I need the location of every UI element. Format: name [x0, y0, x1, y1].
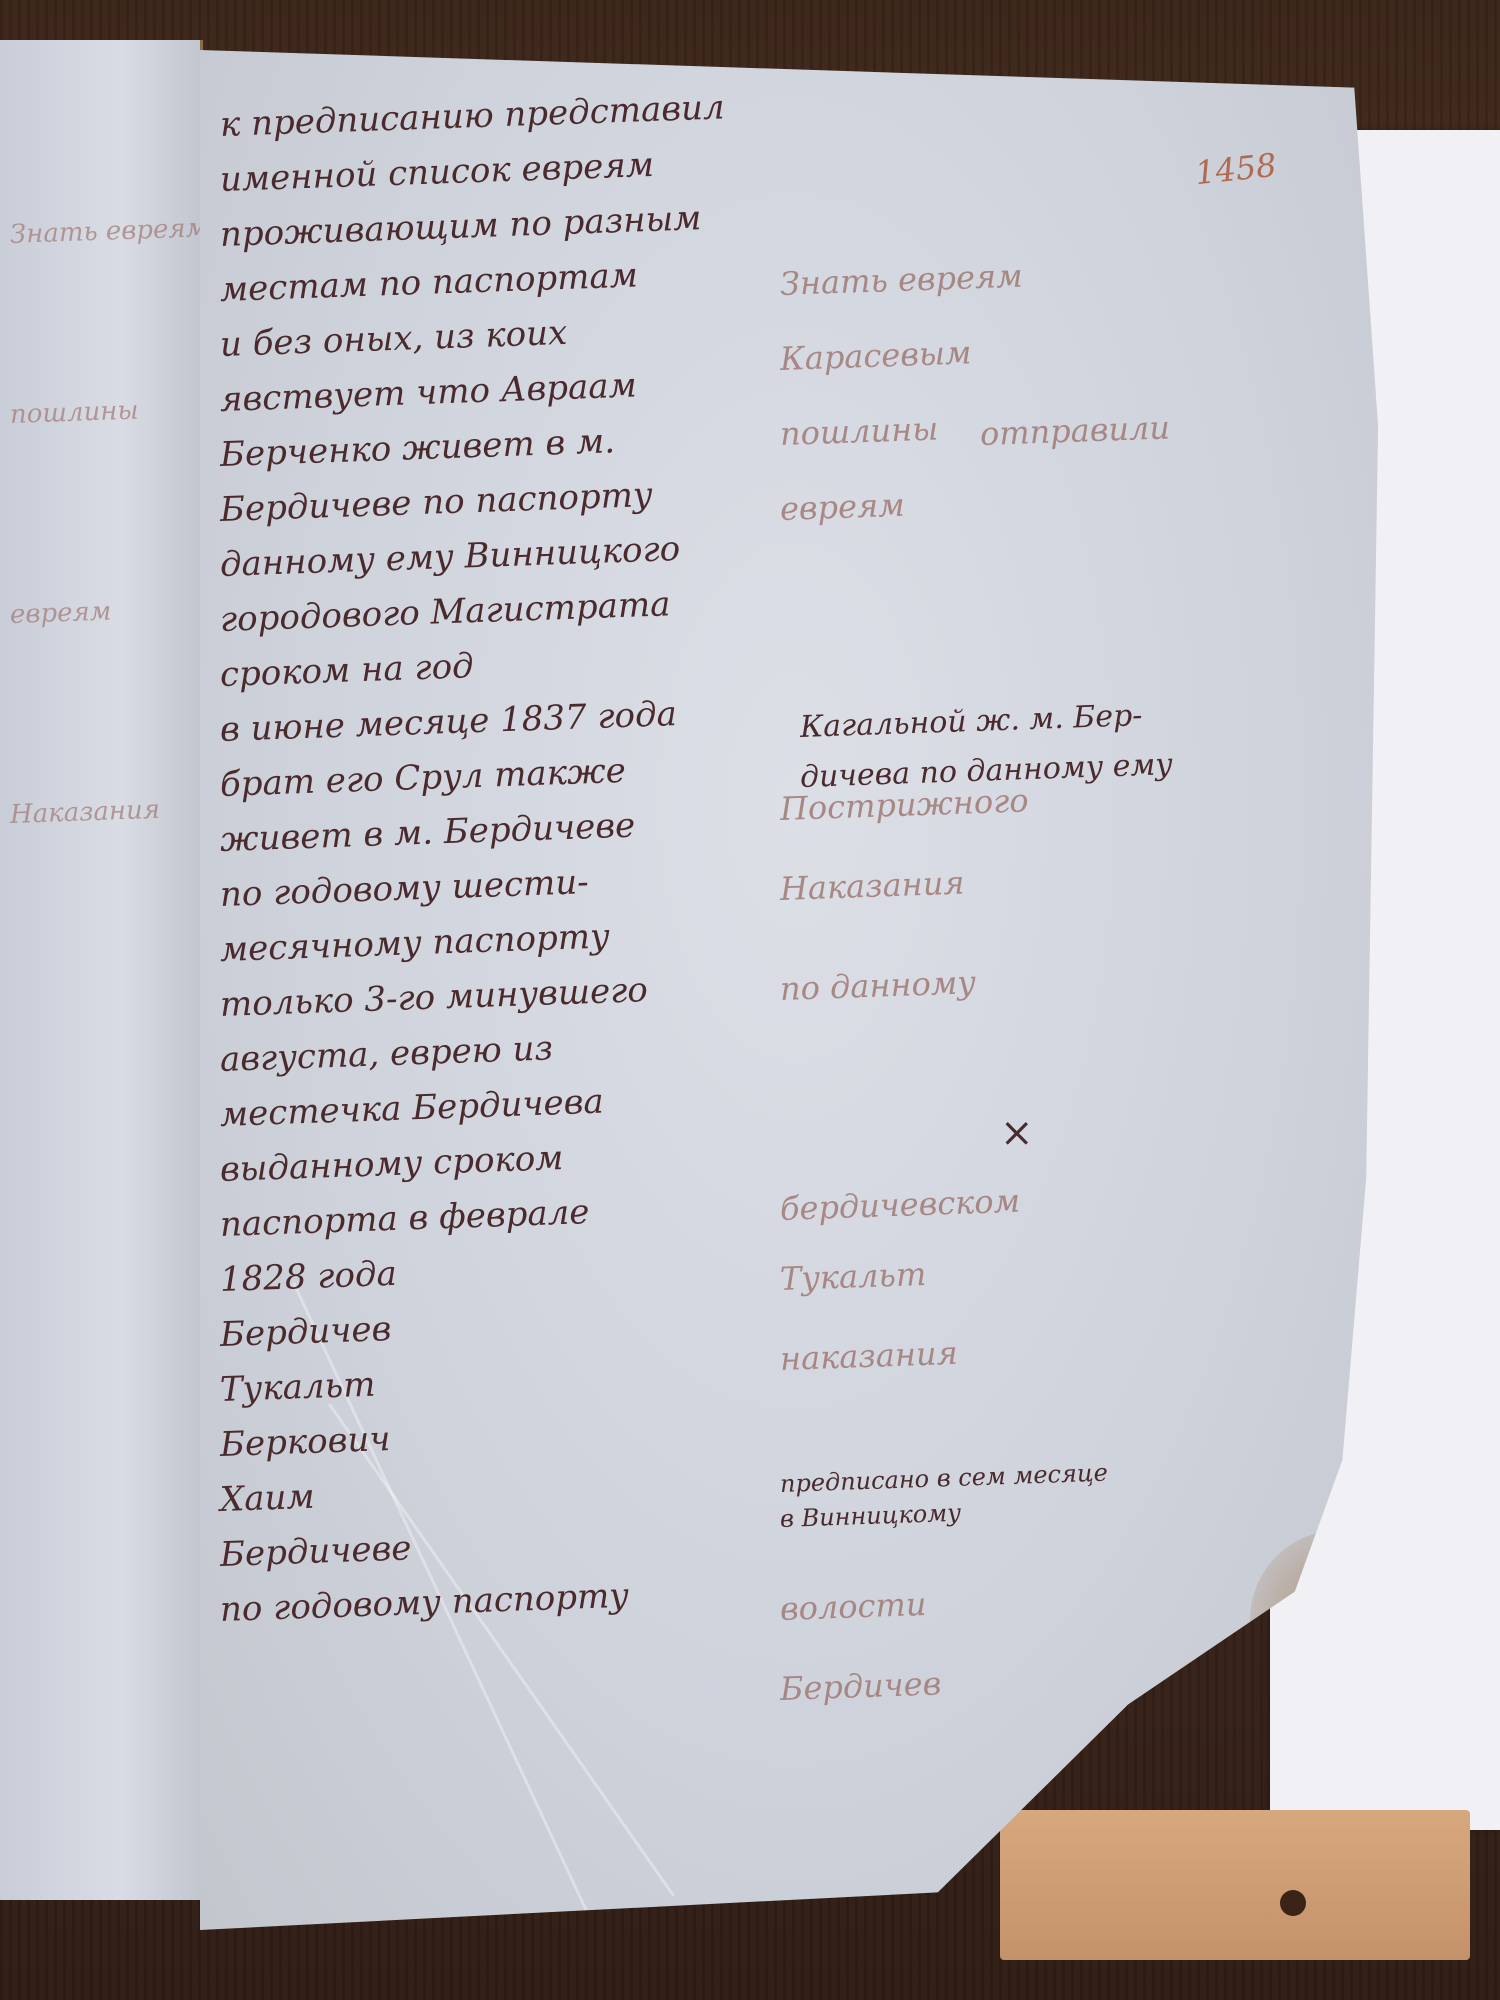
wood-block-hole: [1280, 1890, 1306, 1916]
manuscript-line: брат его Срул также: [219, 751, 626, 805]
manuscript-line: только 3-го минувшего: [219, 970, 648, 1025]
marginal-note-line: волости: [779, 1585, 927, 1628]
manuscript-line: Бердичеве: [219, 1528, 412, 1575]
manuscript-line: выданному сроком: [219, 1138, 564, 1190]
manuscript-line: по годовому паспорту: [219, 1576, 629, 1630]
marginal-note-line: пошлины: [779, 409, 939, 453]
marginal-note-line: наказания: [779, 1334, 958, 1378]
inserted-note-line: в Винницкому: [780, 1499, 962, 1533]
left-page-faint-text: Знать евреям: [9, 213, 207, 250]
manuscript-line: месячному паспорту: [219, 916, 610, 970]
left-page-faint-text: пошлины: [9, 396, 139, 430]
manuscript-line: живет в м. Бердичеве: [219, 806, 636, 860]
manuscript-line: Берченко живет в м.: [219, 421, 615, 475]
inserted-note-line: дичева по данному ему: [799, 747, 1173, 795]
manuscript-page: к предписанию представил именной список …: [200, 50, 1390, 1930]
manuscript-line: городового Магистрата: [219, 584, 671, 640]
manuscript-line: Беркович: [219, 1419, 391, 1465]
manuscript-line: данному ему Винницкого: [219, 529, 680, 585]
manuscript-line: Бердичеве по паспорту: [219, 475, 653, 530]
marginal-note-line: Наказания: [779, 864, 965, 908]
manuscript-line: паспорта в феврале: [219, 1192, 590, 1245]
inserted-note-line: Кагальной ж. м. Бер-: [799, 698, 1143, 745]
manuscript-line: по годовому шести-: [219, 862, 589, 915]
manuscript-line: сроком на год: [219, 646, 474, 695]
marginal-note-line: Тукальт: [779, 1255, 926, 1298]
manuscript-line: Тукальт: [219, 1365, 376, 1410]
marginal-note-line: бердичевском: [779, 1182, 1020, 1228]
manuscript-line: явствует что Авраам: [219, 365, 637, 420]
manuscript-line: местечка Бердичева: [219, 1082, 604, 1135]
marginal-note-line: Знать евреям: [779, 257, 1023, 303]
left-facing-page: Знать евреям пошлины евреям Наказания: [0, 40, 203, 1900]
manuscript-line: Хаим: [219, 1477, 315, 1520]
manuscript-line: к предписанию представил: [219, 87, 725, 145]
manuscript-line: 1828 года: [219, 1254, 397, 1300]
marginal-note-line: отправили: [979, 408, 1170, 453]
inserted-note-line: предписано в сем месяце: [780, 1459, 1109, 1498]
manuscript-line: местам по паспортам: [219, 255, 638, 310]
manuscript-line: Бердичев: [219, 1309, 392, 1355]
wooden-block: [1000, 1810, 1470, 1960]
marginal-note-line: Бердичев: [779, 1664, 942, 1708]
paper-crease: [328, 1403, 675, 1896]
marginal-note-line: по данному: [779, 963, 976, 1008]
left-page-faint-text: евреям: [9, 596, 111, 630]
ink-cross-mark: ×: [1000, 1110, 1034, 1156]
manuscript-line: проживающим по разным: [219, 198, 702, 255]
marginal-note-line: евреям: [779, 486, 905, 528]
manuscript-line: именной список евреям: [219, 145, 654, 200]
left-page-faint-text: Наказания: [9, 795, 160, 830]
manuscript-line: в июне месяце 1837 года: [219, 694, 677, 750]
manuscript-line: и без оных, из коих: [219, 313, 568, 365]
marginal-note-line: Карасевым: [779, 333, 972, 378]
manuscript-line: августа, еврею из: [219, 1028, 553, 1080]
